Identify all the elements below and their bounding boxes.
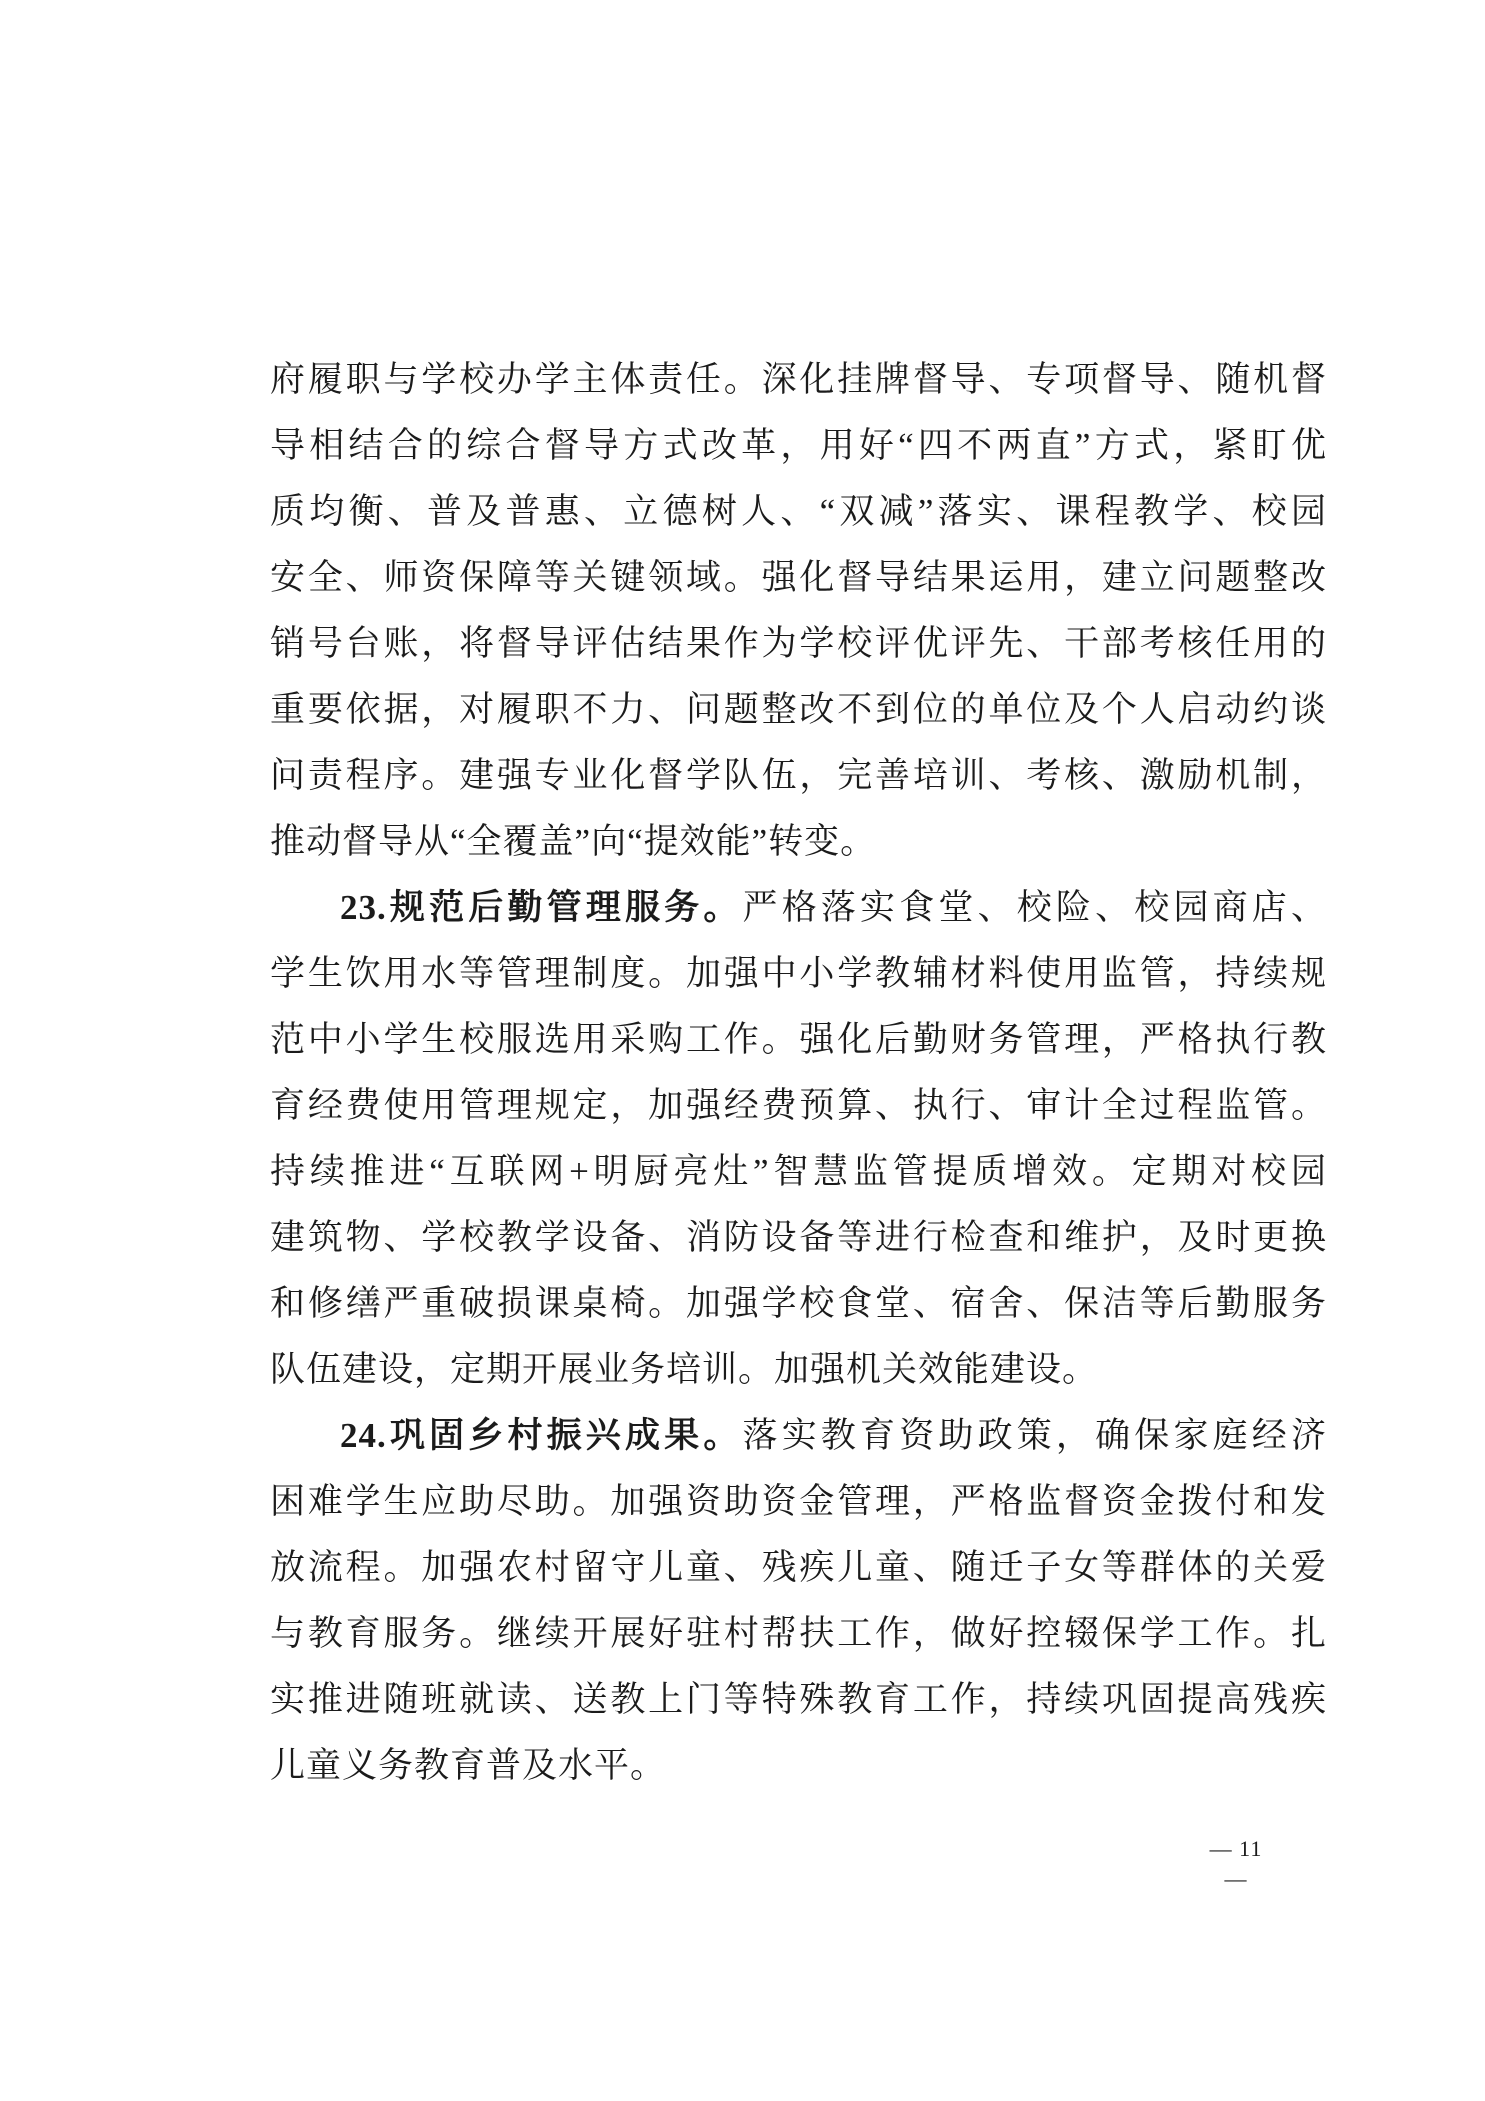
paragraph-23-first-line-text: 严格落实食堂、校险、校园商店、 — [743, 888, 1327, 927]
text-line: 儿童义务教育普及水平。 — [270, 1733, 1327, 1799]
paragraph-24-first-line: 24.巩固乡村振兴成果。落实教育资助政策，确保家庭经济 — [270, 1403, 1327, 1469]
text-line: 学生饮用水等管理制度。加强中小学教辅材料使用监管，持续规 — [270, 941, 1327, 1007]
text-line: 队伍建设，定期开展业务培训。加强机关效能建设。 — [270, 1337, 1327, 1403]
text-line: 安全、师资保障等关键领域。强化督导结果运用，建立问题整改 — [270, 545, 1327, 611]
paragraph-24-heading: 24.巩固乡村振兴成果。 — [340, 1416, 743, 1455]
paragraph-24-first-line-text: 落实教育资助政策，确保家庭经济 — [743, 1416, 1327, 1455]
paragraph-23-first-line: 23.规范后勤管理服务。严格落实食堂、校险、校园商店、 — [270, 875, 1327, 941]
text-line: 质均衡、普及普惠、立德树人、“双减”落实、课程教学、校园 — [270, 479, 1327, 545]
text-line: 推动督导从“全覆盖”向“提效能”转变。 — [270, 809, 1327, 875]
paragraph-23-heading: 23.规范后勤管理服务。 — [340, 888, 743, 927]
document-page: 府履职与学校办学主体责任。深化挂牌督导、专项督导、随机督 导相结合的综合督导方式… — [0, 0, 1485, 2101]
text-line: 持续推进“互联网+明厨亮灶”智慧监管提质增效。定期对校园 — [270, 1139, 1327, 1205]
text-line: 销号台账，将督导评估结果作为学校评优评先、干部考核任用的 — [270, 611, 1327, 677]
text-line: 育经费使用管理规定，加强经费预算、执行、审计全过程监管。 — [270, 1073, 1327, 1139]
text-line: 放流程。加强农村留守儿童、残疾儿童、随迁子女等群体的关爱 — [270, 1535, 1327, 1601]
text-line: 府履职与学校办学主体责任。深化挂牌督导、专项督导、随机督 — [270, 347, 1327, 413]
text-line: 和修缮严重破损课桌椅。加强学校食堂、宿舍、保洁等后勤服务 — [270, 1271, 1327, 1337]
text-line: 困难学生应助尽助。加强资助资金管理，严格监督资金拨付和发 — [270, 1469, 1327, 1535]
text-line: 导相结合的综合督导方式改革，用好“四不两直”方式，紧盯优 — [270, 413, 1327, 479]
text-line: 建筑物、学校教学设备、消防设备等进行检查和维护，及时更换 — [270, 1205, 1327, 1271]
text-line: 与教育服务。继续开展好驻村帮扶工作，做好控辍保学工作。扎 — [270, 1601, 1327, 1667]
page-number: — 11 — — [1196, 1834, 1276, 1864]
text-line: 重要依据，对履职不力、问题整改不到位的单位及个人启动约谈 — [270, 677, 1327, 743]
text-line: 范中小学生校服选用采购工作。强化后勤财务管理，严格执行教 — [270, 1007, 1327, 1073]
text-line: 实推进随班就读、送教上门等特殊教育工作，持续巩固提高残疾 — [270, 1667, 1327, 1733]
document-body: 府履职与学校办学主体责任。深化挂牌督导、专项督导、随机督 导相结合的综合督导方式… — [270, 347, 1327, 1799]
text-line: 问责程序。建强专业化督学队伍，完善培训、考核、激励机制， — [270, 743, 1327, 809]
